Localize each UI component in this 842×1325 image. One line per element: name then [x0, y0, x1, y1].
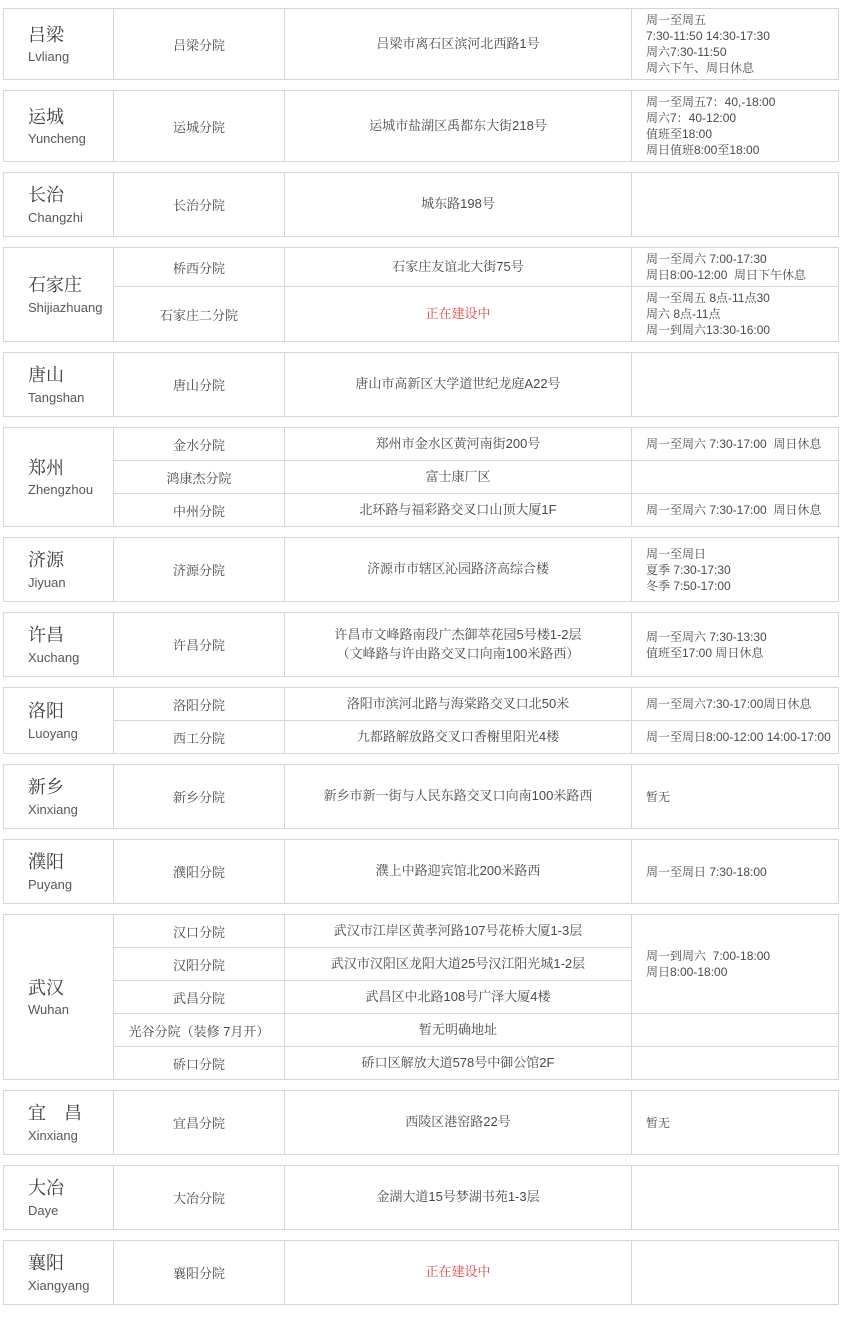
branch-address-cell: 北环路与福彩路交叉口山顶大厦1F: [285, 494, 632, 527]
hours-line: 周一至周六7:30-17:00周日休息: [646, 696, 832, 712]
branch-address-cell: 石家庄友谊北大街75号: [285, 248, 632, 287]
branch-address-cell: 城东路198号: [285, 173, 632, 237]
table-row: 吕梁Lvliang吕梁分院吕梁市离石区滨河北西路1号周一至周五7:30-11:5…: [4, 9, 839, 80]
opening-hours-cell: 周一至周日夏季 7:30-17:30冬季 7:50-17:00: [632, 538, 839, 602]
branch-name-cell: 西工分院: [114, 721, 285, 754]
branch-name-cell: 汉口分院: [114, 915, 285, 948]
table-row: 石家庄Shijiazhuang桥西分院石家庄友谊北大街75号周一至周六 7:00…: [4, 248, 839, 287]
opening-hours-cell: 周一至周日8:00-12:00 14:00-17:00: [632, 721, 839, 754]
address-line: 硚口区解放大道578号中御公馆2F: [293, 1054, 623, 1073]
branch-address-cell: 金湖大道15号梦湖书苑1-3层: [285, 1166, 632, 1230]
table-row: 襄阳Xiangyang襄阳分院正在建设中: [4, 1241, 839, 1305]
hours-line: 周一至周五: [646, 12, 832, 28]
city-cell: 长治Changzhi: [4, 173, 114, 237]
branch-address-cell: 武汉市江岸区黄孝河路107号花桥大厦1-3层: [285, 915, 632, 948]
city-cell: 武汉Wuhan: [4, 915, 114, 1080]
branch-address-cell: 濮上中路迎宾馆北200米路西: [285, 840, 632, 904]
opening-hours-cell: 周一至周六 7:30-17:00 周日休息: [632, 494, 839, 527]
opening-hours-cell: 周一至周六 7:00-17:30周日8:00-12:00 周日下午休息: [632, 248, 839, 287]
opening-hours-cell: 暂无: [632, 1091, 839, 1155]
opening-hours-cell: 周一到周六 7:00-18:00周日8:00-18:00: [632, 915, 839, 1014]
address-line: 武昌区中北路108号广泽大厦4楼: [293, 988, 623, 1007]
address-line: 洛阳市滨河北路与海棠路交叉口北50米: [293, 695, 623, 714]
hours-line: 周日8:00-18:00: [646, 964, 832, 980]
branch-address-cell: 正在建设中: [285, 287, 632, 342]
branch-name-cell: 洛阳分院: [114, 688, 285, 721]
branch-address-cell: 西陵区港窑路22号: [285, 1091, 632, 1155]
hours-line: 周六下午、周日休息: [646, 60, 832, 76]
table-row: 武汉Wuhan汉口分院武汉市江岸区黄孝河路107号花桥大厦1-3层周一到周六 7…: [4, 915, 839, 948]
branch-name-cell: 新乡分院: [114, 765, 285, 829]
city-block: 襄阳Xiangyang襄阳分院正在建设中: [3, 1240, 839, 1305]
city-pinyin: Xinxiang: [28, 1128, 109, 1143]
branch-address-cell: 许昌市文峰路南段广杰御萃花园5号楼1-2层（文峰路与许由路交叉口向南100米路西…: [285, 613, 632, 677]
city-name: 郑州: [28, 457, 109, 480]
city-cell: 许昌Xuchang: [4, 613, 114, 677]
branch-address-cell: 正在建设中: [285, 1241, 632, 1305]
branch-address-cell: 武昌区中北路108号广泽大厦4楼: [285, 981, 632, 1014]
city-cell: 濮阳Puyang: [4, 840, 114, 904]
opening-hours-cell: 周一至周日 7:30-18:00: [632, 840, 839, 904]
address-line: 武汉市汉阳区龙阳大道25号汉江阳光城1-2层: [293, 955, 623, 974]
city-block: 长治Changzhi长治分院城东路198号: [3, 172, 839, 237]
city-pinyin: Yuncheng: [28, 131, 109, 146]
address-line: 富士康厂区: [293, 468, 623, 487]
address-line: 濮上中路迎宾馆北200米路西: [293, 862, 623, 881]
hours-line: 冬季 7:50-17:00: [646, 578, 832, 594]
branch-address-cell: 九都路解放路交叉口香榭里阳光4楼: [285, 721, 632, 754]
city-cell: 运城Yuncheng: [4, 91, 114, 162]
address-line: 西陵区港窑路22号: [293, 1113, 623, 1132]
branch-name-cell: 大冶分院: [114, 1166, 285, 1230]
hours-line: 7:30-11:50 14:30-17:30: [646, 28, 832, 44]
city-name: 新乡: [28, 776, 109, 799]
hours-line: 周日值班8:00至18:00: [646, 142, 832, 158]
branch-address-cell: 唐山市高新区大学道世纪龙庭A22号: [285, 353, 632, 417]
city-block: 洛阳Luoyang洛阳分院洛阳市滨河北路与海棠路交叉口北50米周一至周六7:30…: [3, 687, 839, 754]
city-block: 宜 昌Xinxiang宜昌分院西陵区港窑路22号暂无: [3, 1090, 839, 1155]
branch-name-cell: 硚口分院: [114, 1047, 285, 1080]
table-row: 中州分院北环路与福彩路交叉口山顶大厦1F周一至周六 7:30-17:00 周日休…: [4, 494, 839, 527]
hours-line: 周一至周日 7:30-18:00: [646, 864, 832, 880]
table-row: 濮阳Puyang濮阳分院濮上中路迎宾馆北200米路西周一至周日 7:30-18:…: [4, 840, 839, 904]
city-pinyin: Tangshan: [28, 390, 109, 405]
address-line: 九都路解放路交叉口香榭里阳光4楼: [293, 728, 623, 747]
branch-name-cell: 济源分院: [114, 538, 285, 602]
city-pinyin: Xiangyang: [28, 1278, 109, 1293]
table-row: 洛阳Luoyang洛阳分院洛阳市滨河北路与海棠路交叉口北50米周一至周六7:30…: [4, 688, 839, 721]
opening-hours-cell: [632, 173, 839, 237]
city-name: 石家庄: [28, 274, 109, 297]
city-name: 洛阳: [28, 700, 109, 723]
city-cell: 大冶Daye: [4, 1166, 114, 1230]
branch-name-cell: 宜昌分院: [114, 1091, 285, 1155]
city-name: 武汉: [28, 977, 109, 1000]
branch-name-cell: 金水分院: [114, 428, 285, 461]
city-pinyin: Changzhi: [28, 210, 109, 225]
branch-name-cell: 中州分院: [114, 494, 285, 527]
city-pinyin: Wuhan: [28, 1002, 109, 1017]
branch-address-cell: 郑州市金水区黄河南街200号: [285, 428, 632, 461]
address-line: 新乡市新一街与人民东路交叉口向南100米路西: [293, 787, 623, 806]
branch-name-cell: 许昌分院: [114, 613, 285, 677]
city-name: 大冶: [28, 1177, 109, 1200]
table-row: 大冶Daye大冶分院金湖大道15号梦湖书苑1-3层: [4, 1166, 839, 1230]
city-block: 石家庄Shijiazhuang桥西分院石家庄友谊北大街75号周一至周六 7:00…: [3, 247, 839, 342]
table-row: 宜 昌Xinxiang宜昌分院西陵区港窑路22号暂无: [4, 1091, 839, 1155]
address-line: （文峰路与许由路交叉口向南100米路西）: [293, 645, 623, 664]
branch-name-cell: 运城分院: [114, 91, 285, 162]
city-cell: 襄阳Xiangyang: [4, 1241, 114, 1305]
branch-address-cell: 吕梁市离石区滨河北西路1号: [285, 9, 632, 80]
address-line: 金湖大道15号梦湖书苑1-3层: [293, 1188, 623, 1207]
branch-address-cell: 武汉市汉阳区龙阳大道25号汉江阳光城1-2层: [285, 948, 632, 981]
city-pinyin: Puyang: [28, 877, 109, 892]
table-row: 石家庄二分院正在建设中周一至周五 8点-11点30周六 8点-11点周一到周六1…: [4, 287, 839, 342]
address-line: 郑州市金水区黄河南街200号: [293, 435, 623, 454]
branch-address-cell: 暂无明确地址: [285, 1014, 632, 1047]
city-block: 唐山Tangshan唐山分院唐山市高新区大学道世纪龙庭A22号: [3, 352, 839, 417]
branch-name-cell: 石家庄二分院: [114, 287, 285, 342]
city-pinyin: Xuchang: [28, 650, 109, 665]
city-block: 濮阳Puyang濮阳分院濮上中路迎宾馆北200米路西周一至周日 7:30-18:…: [3, 839, 839, 904]
branch-name-cell: 唐山分院: [114, 353, 285, 417]
hours-line: 周六7：40-12:00: [646, 110, 832, 126]
city-cell: 新乡Xinxiang: [4, 765, 114, 829]
table-row: 济源Jiyuan济源分院济源市市辖区沁园路济高综合楼周一至周日夏季 7:30-1…: [4, 538, 839, 602]
address-line: 唐山市高新区大学道世纪龙庭A22号: [293, 375, 623, 394]
table-row: 郑州Zhengzhou金水分院郑州市金水区黄河南街200号周一至周六 7:30-…: [4, 428, 839, 461]
branch-name-cell: 光谷分院（装修 7月开）: [114, 1014, 285, 1047]
address-line: 暂无明确地址: [293, 1021, 623, 1040]
address-line: 许昌市文峰路南段广杰御萃花园5号楼1-2层: [293, 626, 623, 645]
hours-line: 周一至周六 7:30-17:00 周日休息: [646, 436, 832, 452]
opening-hours-cell: [632, 1047, 839, 1080]
opening-hours-cell: 周一至周六 7:30-13:30值班至17:00 周日休息: [632, 613, 839, 677]
address-line: 北环路与福彩路交叉口山顶大厦1F: [293, 501, 623, 520]
hours-line: 值班至18:00: [646, 126, 832, 142]
opening-hours-cell: [632, 461, 839, 494]
table-row: 西工分院九都路解放路交叉口香榭里阳光4楼周一至周日8:00-12:00 14:0…: [4, 721, 839, 754]
branch-name-cell: 吕梁分院: [114, 9, 285, 80]
table-row: 新乡Xinxiang新乡分院新乡市新一街与人民东路交叉口向南100米路西暂无: [4, 765, 839, 829]
branch-name-cell: 鸿康杰分院: [114, 461, 285, 494]
opening-hours-cell: [632, 1166, 839, 1230]
city-block: 许昌Xuchang许昌分院许昌市文峰路南段广杰御萃花园5号楼1-2层（文峰路与许…: [3, 612, 839, 677]
city-pinyin: Shijiazhuang: [28, 300, 109, 315]
city-block: 大冶Daye大冶分院金湖大道15号梦湖书苑1-3层: [3, 1165, 839, 1230]
city-block: 郑州Zhengzhou金水分院郑州市金水区黄河南街200号周一至周六 7:30-…: [3, 427, 839, 527]
address-line: 济源市市辖区沁园路济高综合楼: [293, 560, 623, 579]
city-cell: 唐山Tangshan: [4, 353, 114, 417]
hours-line: 周一到周六 7:00-18:00: [646, 948, 832, 964]
address-line: 吕梁市离石区滨河北西路1号: [293, 35, 623, 54]
city-block: 济源Jiyuan济源分院济源市市辖区沁园路济高综合楼周一至周日夏季 7:30-1…: [3, 537, 839, 602]
city-pinyin: Jiyuan: [28, 575, 109, 590]
address-line: 武汉市江岸区黄孝河路107号花桥大厦1-3层: [293, 922, 623, 941]
branch-name-cell: 汉阳分院: [114, 948, 285, 981]
table-row: 唐山Tangshan唐山分院唐山市高新区大学道世纪龙庭A22号: [4, 353, 839, 417]
city-name: 濮阳: [28, 851, 109, 874]
opening-hours-cell: 暂无: [632, 765, 839, 829]
table-row: 鸿康杰分院富士康厂区: [4, 461, 839, 494]
opening-hours-cell: 周一至周六7:30-17:00周日休息: [632, 688, 839, 721]
address-line: 石家庄友谊北大街75号: [293, 258, 623, 277]
city-name: 运城: [28, 106, 109, 129]
city-block: 吕梁Lvliang吕梁分院吕梁市离石区滨河北西路1号周一至周五7:30-11:5…: [3, 8, 839, 80]
city-cell: 石家庄Shijiazhuang: [4, 248, 114, 342]
hours-line: 周六 8点-11点: [646, 306, 832, 322]
hours-line: 周一至周六 7:00-17:30: [646, 251, 832, 267]
city-name: 济源: [28, 549, 109, 572]
city-name: 襄阳: [28, 1252, 109, 1275]
address-line: 正在建设中: [293, 305, 623, 324]
table-row: 运城Yuncheng运城分院运城市盐湖区禹都东大街218号周一至周五7：40,-…: [4, 91, 839, 162]
branch-name-cell: 长治分院: [114, 173, 285, 237]
opening-hours-cell: 周一至周六 7:30-17:00 周日休息: [632, 428, 839, 461]
hours-line: 暂无: [646, 1115, 832, 1131]
hours-line: 周一至周五 8点-11点30: [646, 290, 832, 306]
city-name: 宜 昌: [28, 1102, 109, 1125]
table-row: 光谷分院（装修 7月开）暂无明确地址: [4, 1014, 839, 1047]
address-line: 运城市盐湖区禹都东大街218号: [293, 117, 623, 136]
branch-address-cell: 富士康厂区: [285, 461, 632, 494]
hours-line: 夏季 7:30-17:30: [646, 562, 832, 578]
hours-line: 周一至周日8:00-12:00 14:00-17:00: [646, 729, 832, 745]
city-name: 许昌: [28, 624, 109, 647]
hours-line: 暂无: [646, 789, 832, 805]
opening-hours-cell: 周一至周五7:30-11:50 14:30-17:30周六7:30-11:50周…: [632, 9, 839, 80]
branch-name-cell: 武昌分院: [114, 981, 285, 1014]
city-pinyin: Luoyang: [28, 726, 109, 741]
hours-line: 周日8:00-12:00 周日下午休息: [646, 267, 832, 283]
city-name: 长治: [28, 184, 109, 207]
opening-hours-cell: 周一至周五 8点-11点30周六 8点-11点周一到周六13:30-16:00: [632, 287, 839, 342]
branch-address-cell: 新乡市新一街与人民东路交叉口向南100米路西: [285, 765, 632, 829]
city-block: 运城Yuncheng运城分院运城市盐湖区禹都东大街218号周一至周五7：40,-…: [3, 90, 839, 162]
hours-line: 周一至周五7：40,-18:00: [646, 94, 832, 110]
address-line: 正在建设中: [293, 1263, 623, 1282]
city-cell: 郑州Zhengzhou: [4, 428, 114, 527]
branch-name-cell: 襄阳分院: [114, 1241, 285, 1305]
city-pinyin: Zhengzhou: [28, 482, 109, 497]
opening-hours-cell: [632, 1241, 839, 1305]
opening-hours-cell: [632, 353, 839, 417]
city-name: 唐山: [28, 364, 109, 387]
hours-line: 周六7:30-11:50: [646, 44, 832, 60]
hours-line: 周一到周六13:30-16:00: [646, 322, 832, 338]
table-row: 许昌Xuchang许昌分院许昌市文峰路南段广杰御萃花园5号楼1-2层（文峰路与许…: [4, 613, 839, 677]
hours-line: 周一至周六 7:30-13:30: [646, 629, 832, 645]
branch-address-cell: 运城市盐湖区禹都东大街218号: [285, 91, 632, 162]
branch-name-cell: 濮阳分院: [114, 840, 285, 904]
address-line: 城东路198号: [293, 195, 623, 214]
city-cell: 吕梁Lvliang: [4, 9, 114, 80]
city-cell: 宜 昌Xinxiang: [4, 1091, 114, 1155]
opening-hours-cell: [632, 1014, 839, 1047]
branch-location-table: 吕梁Lvliang吕梁分院吕梁市离石区滨河北西路1号周一至周五7:30-11:5…: [0, 0, 842, 1325]
city-pinyin: Xinxiang: [28, 802, 109, 817]
branch-address-cell: 硚口区解放大道578号中御公馆2F: [285, 1047, 632, 1080]
city-cell: 济源Jiyuan: [4, 538, 114, 602]
table-row: 硚口分院硚口区解放大道578号中御公馆2F: [4, 1047, 839, 1080]
table-row: 长治Changzhi长治分院城东路198号: [4, 173, 839, 237]
city-pinyin: Lvliang: [28, 49, 109, 64]
hours-line: 周一至周日: [646, 546, 832, 562]
hours-line: 周一至周六 7:30-17:00 周日休息: [646, 502, 832, 518]
branch-address-cell: 济源市市辖区沁园路济高综合楼: [285, 538, 632, 602]
branch-name-cell: 桥西分院: [114, 248, 285, 287]
opening-hours-cell: 周一至周五7：40,-18:00周六7：40-12:00值班至18:00周日值班…: [632, 91, 839, 162]
branch-address-cell: 洛阳市滨河北路与海棠路交叉口北50米: [285, 688, 632, 721]
city-name: 吕梁: [28, 24, 109, 47]
city-block: 新乡Xinxiang新乡分院新乡市新一街与人民东路交叉口向南100米路西暂无: [3, 764, 839, 829]
city-block: 武汉Wuhan汉口分院武汉市江岸区黄孝河路107号花桥大厦1-3层周一到周六 7…: [3, 914, 839, 1080]
hours-line: 值班至17:00 周日休息: [646, 645, 832, 661]
city-pinyin: Daye: [28, 1203, 109, 1218]
city-cell: 洛阳Luoyang: [4, 688, 114, 754]
